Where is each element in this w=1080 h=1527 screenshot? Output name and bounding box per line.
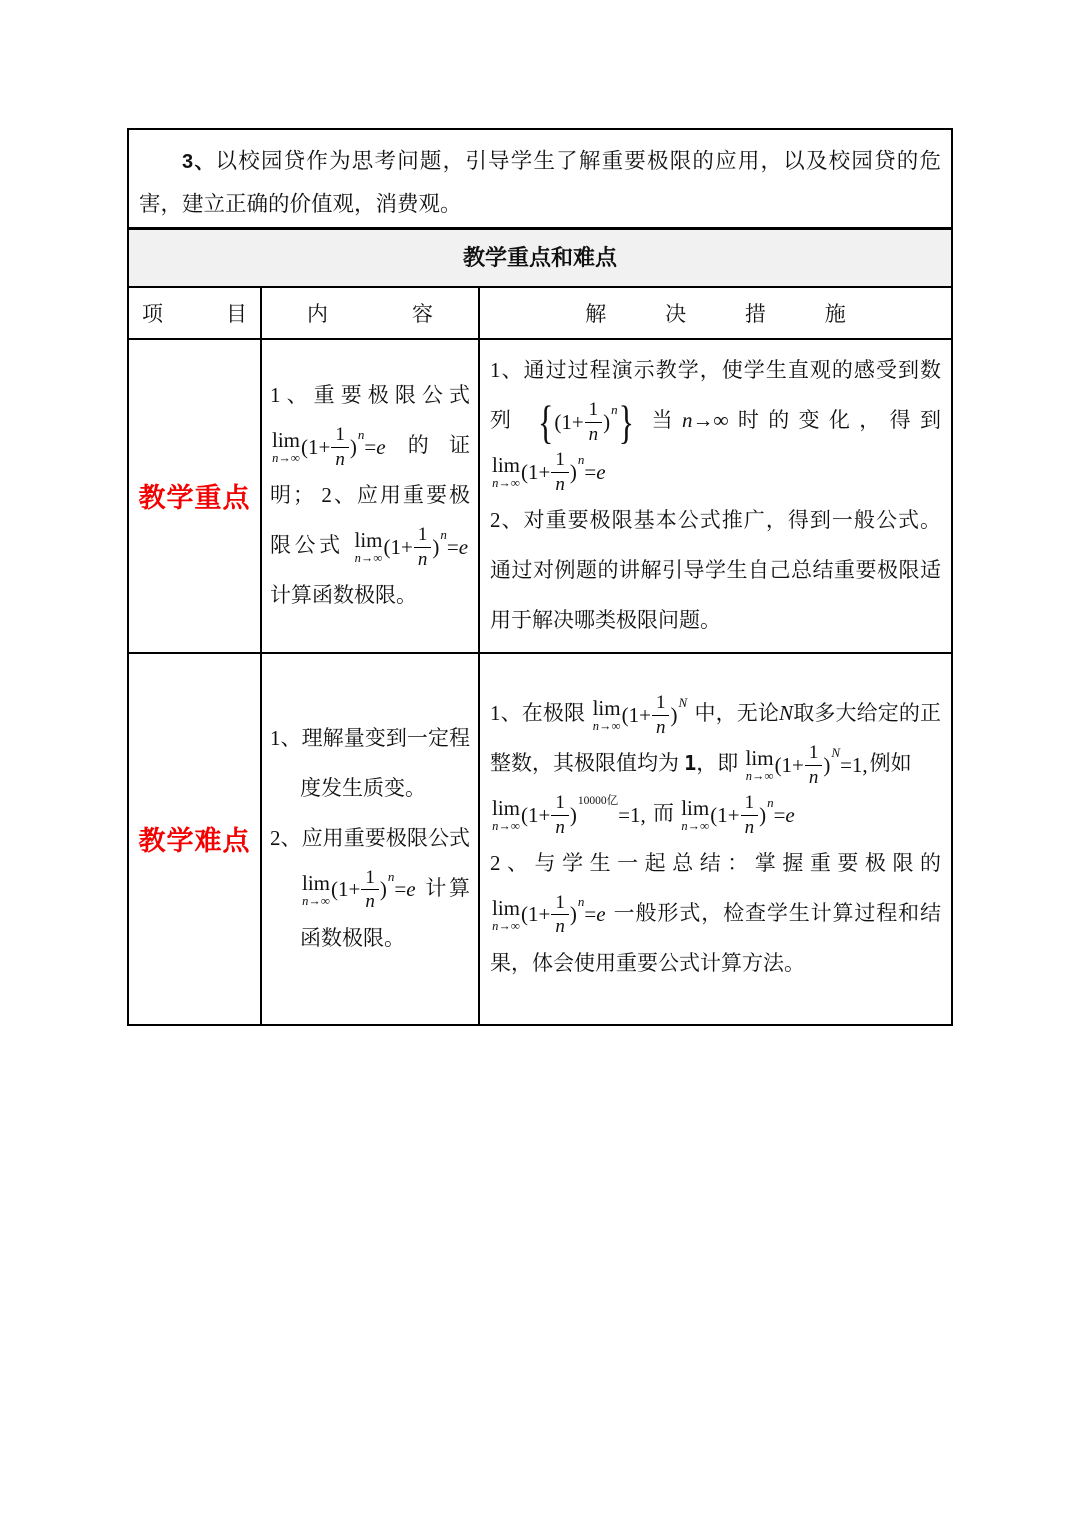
variable-N: N	[779, 701, 793, 725]
formula-important-limit: limn→∞(1+1n)n=e	[492, 893, 606, 938]
difficult-points-item-2: 2、应用重要极限公式 limn→∞(1+1n)n=e 计算函数极限。	[270, 814, 470, 964]
intro-text: 以校园贷作为思考问题，引导学生了解重要极限的应用，以及校园贷的危害，建立正确的价…	[139, 149, 941, 216]
formula-limit-N-equals-1: limn→∞(1+1n)N=1,	[746, 743, 868, 788]
formula-limit-N: limn→∞(1+1n)N	[593, 693, 688, 738]
formula-important-limit: limn→∞(1+1n)n=e	[272, 425, 386, 470]
section-title: 教学重点和难点	[463, 245, 617, 270]
n-to-infinity: n→∞	[682, 408, 728, 432]
key-points-label-cell: 教学重点	[129, 340, 260, 652]
intro-paragraph: 3、以校园贷作为思考问题，引导学生了解重要极限的应用，以及校园贷的危害，建立正确…	[139, 140, 941, 225]
row-difficult-points: 教学难点 1、理解量变到一定程度发生质变。 2、应用重要极限公式 limn→∞(…	[129, 652, 951, 1024]
difficult-points-content-cell: 1、理解量变到一定程度发生质变。 2、应用重要极限公式 limn→∞(1+1n)…	[260, 654, 478, 1024]
difficult-points-solution-cell: 1、在极限 limn→∞(1+1n)N 中，无论N取多大给定的正整数，其极限值均…	[478, 654, 951, 1024]
key-points-label: 教学重点	[139, 476, 251, 515]
column-header-row: 项目 内容 解决措施	[129, 286, 951, 338]
key-points-content: 1、重要极限公式 limn→∞(1+1n)n=e的证明； 2、应用重要极限公式 …	[270, 371, 470, 621]
intro-row: 3、以校园贷作为思考问题，引导学生了解重要极限的应用，以及校园贷的危害，建立正确…	[129, 130, 951, 227]
limit-value-one: 1	[684, 751, 696, 775]
formula-limit-10000yi: limn→∞(1+1n)10000亿=1,	[492, 793, 646, 838]
difficult-points-label: 教学难点	[139, 819, 251, 858]
formula-sequence: {(1+1n)n}	[537, 400, 635, 445]
formula-important-limit: limn→∞(1+1n)n=e	[681, 793, 795, 838]
key-points-content-cell: 1、重要极限公式 limn→∞(1+1n)n=e的证明； 2、应用重要极限公式 …	[260, 340, 478, 652]
formula-important-limit: limn→∞(1+1n)n=e	[302, 868, 416, 913]
colhead-solution: 解决措施	[478, 288, 951, 338]
formula-important-limit: limn→∞(1+1n)n=e	[354, 525, 468, 570]
teaching-plan-table: 3、以校园贷作为思考问题，引导学生了解重要极限的应用，以及校园贷的危害，建立正确…	[127, 128, 953, 1026]
intro-item-number: 3、	[182, 151, 216, 173]
difficult-points-item-1: 1、理解量变到一定程度发生质变。	[270, 714, 470, 814]
section-header-band: 教学重点和难点	[129, 227, 951, 286]
colhead-item: 项目	[129, 288, 260, 338]
row-key-points: 教学重点 1、重要极限公式 limn→∞(1+1n)n=e的证明； 2、应用重要…	[129, 338, 951, 652]
difficult-points-label-cell: 教学难点	[129, 654, 260, 1024]
formula-important-limit: limn→∞(1+1n)n=e	[492, 450, 606, 495]
key-points-solution-cell: 1、通过过程演示教学，使学生直观的感受到数列 {(1+1n)n} 当n→∞时的变…	[478, 340, 951, 652]
difficult-points-solution: 1、在极限 limn→∞(1+1n)N 中，无论N取多大给定的正整数，其极限值均…	[490, 689, 941, 989]
key-points-solution: 1、通过过程演示教学，使学生直观的感受到数列 {(1+1n)n} 当n→∞时的变…	[490, 346, 941, 646]
colhead-content: 内容	[260, 288, 478, 338]
document-page: 3、以校园贷作为思考问题，引导学生了解重要极限的应用，以及校园贷的危害，建立正确…	[0, 0, 1080, 1527]
